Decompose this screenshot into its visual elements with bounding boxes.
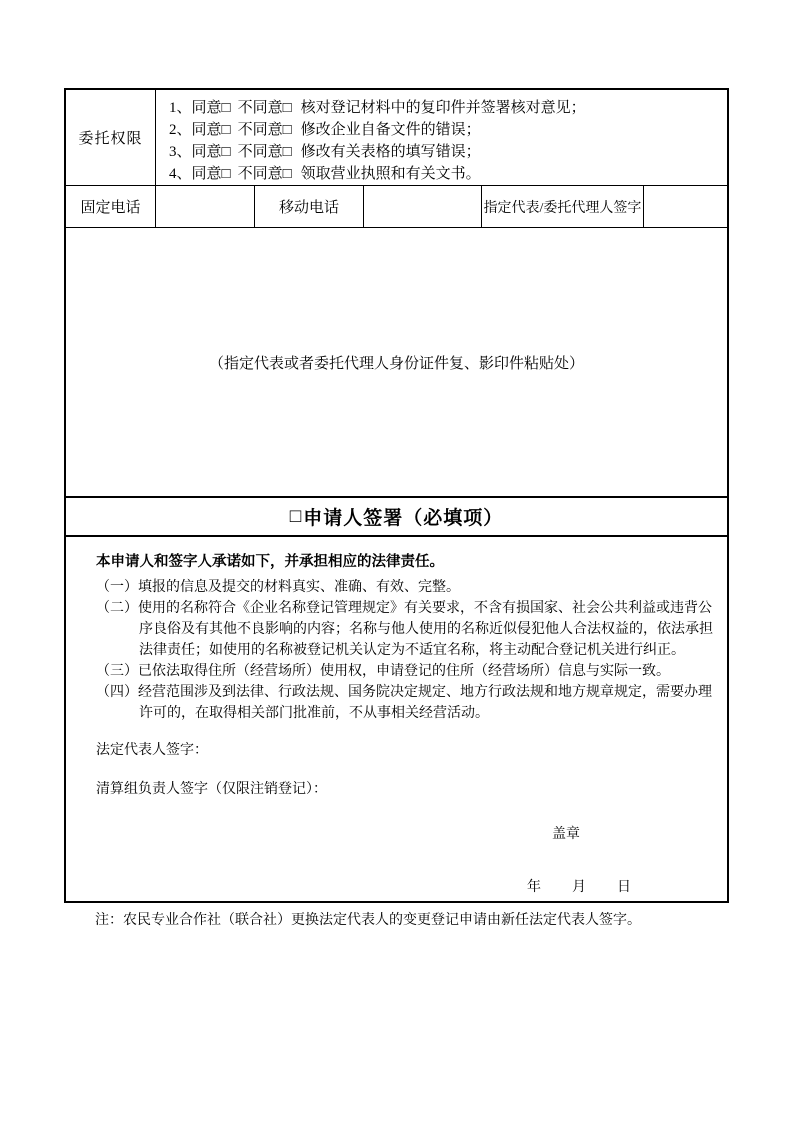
applicant-signature-section-header: □ 申请人签署（必填项）: [66, 496, 727, 537]
delegation-item-text: 核对登记材料中的复印件并签署核对意见；: [301, 100, 586, 116]
delegation-authority-label: 委托权限: [66, 90, 156, 185]
commitment-number: （二）: [96, 601, 138, 616]
disagree-label: 不同意: [238, 100, 283, 116]
contact-row: 固定电话 移动电话 指定代表/委托代理人签字: [66, 186, 727, 228]
delegation-item-number: 4、: [169, 166, 192, 182]
delegation-item-4: 4、同意□不同意□领取营业执照和有关文书。: [169, 163, 723, 185]
delegation-item-number: 2、: [169, 122, 192, 138]
liquidation-leader-signature-label: 清算组负责人签字（仅限注销登记）：: [96, 782, 327, 797]
commitment-number: （四）: [96, 685, 138, 700]
registration-form-table: 委托权限 1、同意□不同意□核对登记材料中的复印件并签署核对意见； 2、同意□不…: [64, 88, 729, 903]
commitment-item-1: （一）填报的信息及提交的材料真实、准确、有效、完整。: [96, 577, 715, 598]
date-year-label: 年: [527, 880, 541, 895]
disagree-label: 不同意: [238, 122, 283, 138]
id-paste-caption: （指定代表或者委托代理人身份证件复、影印件粘贴处）: [209, 352, 584, 373]
agree-checkbox[interactable]: □: [222, 163, 231, 185]
agree-checkbox[interactable]: □: [222, 97, 231, 119]
section-checkbox[interactable]: □: [290, 506, 302, 528]
disagree-checkbox[interactable]: □: [283, 119, 292, 141]
disagree-label: 不同意: [238, 166, 283, 182]
delegation-authority-options: 1、同意□不同意□核对登记材料中的复印件并签署核对意见； 2、同意□不同意□修改…: [156, 90, 727, 185]
disagree-label: 不同意: [238, 144, 283, 160]
legal-representative-signature-line[interactable]: 法定代表人签字：: [96, 740, 715, 761]
commitment-text: 使用的名称符合《企业名称登记管理规定》有关要求，不含有损国家、社会公共利益或违背…: [138, 601, 713, 658]
representative-signature-cell[interactable]: [644, 186, 727, 227]
disagree-checkbox[interactable]: □: [283, 163, 292, 185]
disagree-checkbox[interactable]: □: [283, 141, 292, 163]
delegation-item-1: 1、同意□不同意□核对登记材料中的复印件并签署核对意见；: [169, 97, 723, 119]
delegation-item-text: 领取营业执照和有关文书。: [301, 166, 481, 182]
delegation-item-number: 3、: [169, 144, 192, 160]
agree-label: 同意: [192, 122, 222, 138]
liquidation-leader-signature-line[interactable]: 清算组负责人签字（仅限注销登记）：: [96, 779, 715, 800]
commitment-intro: 本申请人和签字人承诺如下，并承担相应的法律责任。: [96, 551, 715, 573]
representative-signature-label: 指定代表/委托代理人签字: [482, 186, 644, 227]
agree-label: 同意: [192, 166, 222, 182]
agree-label: 同意: [192, 144, 222, 160]
commitment-item-4: （四）经营范围涉及到法律、行政法规、国务院决定规定、地方行政法规和地方规章规定，…: [96, 682, 715, 724]
mobile-phone-label: 移动电话: [255, 186, 364, 227]
agree-checkbox[interactable]: □: [222, 119, 231, 141]
disagree-checkbox[interactable]: □: [283, 97, 292, 119]
agree-label: 同意: [192, 100, 222, 116]
commitment-number: （一）: [96, 580, 138, 595]
commitment-text: 填报的信息及提交的材料真实、准确、有效、完整。: [138, 580, 460, 595]
date-line: 年月日: [96, 877, 715, 898]
section-title: 申请人签署（必填项）: [303, 503, 503, 530]
date-month-label: 月: [572, 880, 586, 895]
fixed-phone-value-cell[interactable]: [156, 186, 255, 227]
agree-checkbox[interactable]: □: [222, 141, 231, 163]
legal-representative-signature-label: 法定代表人签字：: [96, 743, 208, 758]
commitment-text: 已依法取得住所（经营场所）使用权，申请登记的住所（经营场所）信息与实际一致。: [138, 664, 670, 679]
mobile-phone-value-cell[interactable]: [364, 186, 482, 227]
commitment-item-2: （二）使用的名称符合《企业名称登记管理规定》有关要求，不含有损国家、社会公共利益…: [96, 598, 715, 661]
delegation-item-number: 1、: [169, 100, 192, 116]
footnote: 注：农民专业合作社（联合社）更换法定代表人的变更登记申请由新任法定代表人签字。: [95, 911, 641, 931]
fixed-phone-label: 固定电话: [66, 186, 156, 227]
delegation-item-2: 2、同意□不同意□修改企业自备文件的错误；: [169, 119, 723, 141]
seal-label: 盖章: [552, 827, 580, 842]
applicant-signature-section-body: 本申请人和签字人承诺如下，并承担相应的法律责任。 （一）填报的信息及提交的材料真…: [66, 537, 727, 901]
commitment-number: （三）: [96, 664, 138, 679]
delegation-authority-row: 委托权限 1、同意□不同意□核对登记材料中的复印件并签署核对意见； 2、同意□不…: [66, 90, 727, 186]
seal-line: 盖章: [96, 824, 715, 845]
delegation-item-text: 修改有关表格的填写错误；: [301, 144, 481, 160]
delegation-item-text: 修改企业自备文件的错误；: [301, 122, 481, 138]
delegation-item-3: 3、同意□不同意□修改有关表格的填写错误；: [169, 141, 723, 163]
id-document-paste-area: （指定代表或者委托代理人身份证件复、影印件粘贴处）: [66, 228, 727, 496]
commitment-item-3: （三）已依法取得住所（经营场所）使用权，申请登记的住所（经营场所）信息与实际一致…: [96, 661, 715, 682]
date-day-label: 日: [617, 880, 631, 895]
commitment-text: 经营范围涉及到法律、行政法规、国务院决定规定、地方行政法规和地方规章规定，需要办…: [138, 685, 712, 721]
